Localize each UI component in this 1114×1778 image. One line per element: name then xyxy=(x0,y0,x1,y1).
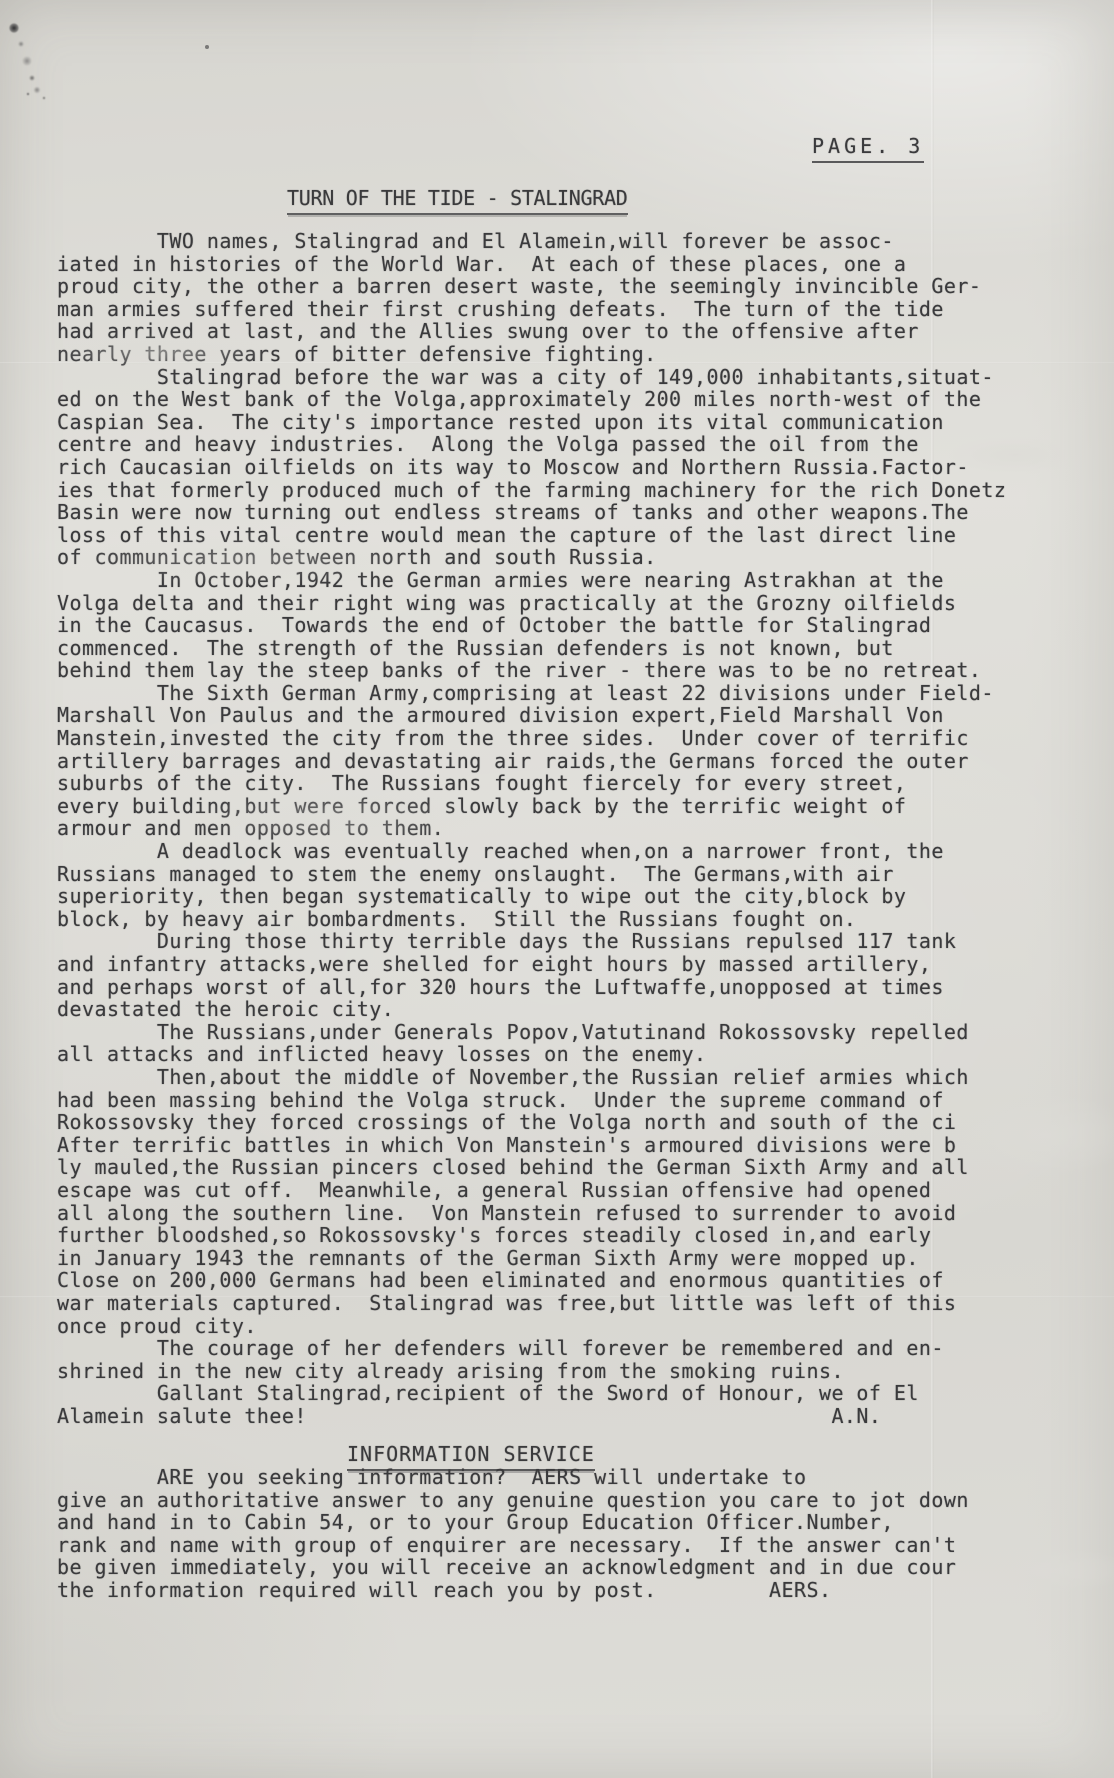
info-service-body-text: ARE you seeking information? AERS will u… xyxy=(57,1466,969,1602)
article-title: TURN OF THE TIDE - STALINGRAD xyxy=(287,186,628,215)
document-page: PAGE. 3 TURN OF THE TIDE - STALINGRAD TW… xyxy=(0,0,1114,1778)
ink-blot-mark xyxy=(2,14,62,114)
ink-speck xyxy=(205,45,209,49)
article-body-text: TWO names, Stalingrad and El Alamein,wil… xyxy=(57,230,1006,1427)
page-number: PAGE. 3 xyxy=(812,134,924,163)
